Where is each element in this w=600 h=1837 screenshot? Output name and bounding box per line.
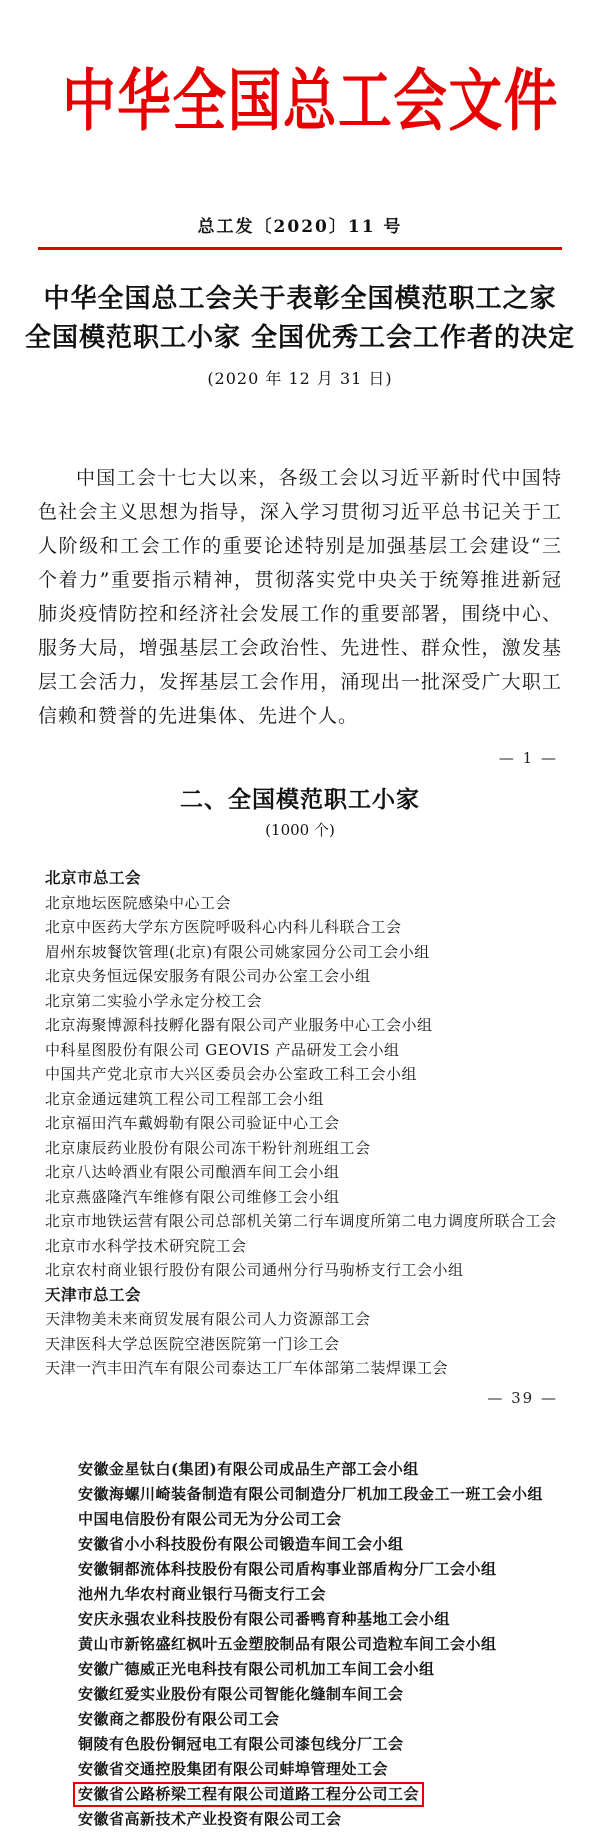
organization-name: 北京福田汽车戴姆勒有限公司验证中心工会 (45, 1114, 340, 1132)
section-heading: 二、全国模范职工小家 (0, 781, 600, 814)
decision-title: 中华全国总工会关于表彰全国模范职工之家 全国模范职工小家 全国优秀工会工作者的决… (0, 280, 600, 358)
letterhead: 中华全国总工会文件 (0, 0, 600, 162)
organization-name: 北京第二实验小学永定分校工会 (45, 992, 262, 1010)
organization-row: 安徽省高新技术产业投资有限公司工会 (78, 1807, 590, 1832)
organization-row: 安徽铜都流体科技股份有限公司盾构事业部盾构分厂工会小组 (78, 1557, 590, 1582)
organization-name: 中科星图股份有限公司 GEOVIS 产品研发工会小组 (45, 1041, 400, 1059)
organization-name: 眉州东坡餐饮管理(北京)有限公司姚家园分公司工会小组 (45, 943, 430, 961)
organization-name: 北京农村商业银行股份有限公司通州分行马驹桥支行工会小组 (45, 1261, 464, 1279)
organization-name: 安徽金星钛白(集团)有限公司成品生产部工会小组 (78, 1460, 419, 1478)
organization-row: 安徽省小小科技股份有限公司锻造车间工会小组 (78, 1532, 590, 1557)
organization-row: 天津医科大学总医院空港医院第一门诊工会 (45, 1332, 590, 1357)
organization-name: 安徽红爱实业股份有限公司智能化缝制车间工会 (78, 1685, 404, 1703)
roster-page-40: 安徽金星钛白(集团)有限公司成品生产部工会小组 安徽海螺川崎装备制造有限公司制造… (0, 1457, 600, 1832)
organization-name: 安徽铜都流体科技股份有限公司盾构事业部盾构分厂工会小组 (78, 1560, 497, 1578)
organization-name: 北京康辰药业股份有限公司冻干粉针剂班组工会 (45, 1139, 371, 1157)
organization-row: 北京八达岭酒业有限公司酿酒车间工会小组 (45, 1160, 590, 1185)
organization-name: 安徽广德威正光电科技有限公司机加工车间工会小组 (78, 1660, 435, 1678)
organization-name: 天津物美未来商贸发展有限公司人力资源部工会 (45, 1310, 371, 1328)
organization-name: 安徽省公路桥梁工程有限公司道路工程分公司工会 (73, 1782, 424, 1807)
organization-row: 中科星图股份有限公司 GEOVIS 产品研发工会小组 (45, 1038, 590, 1063)
organization-name: 中国电信股份有限公司无为分公司工会 (78, 1510, 342, 1528)
organization-name: 铜陵有色股份铜冠电工有限公司漆包线分厂工会 (78, 1735, 404, 1753)
organization-row: 北京燕盛隆汽车维修有限公司维修工会小组 (45, 1185, 590, 1210)
organization-row: 北京市地铁运营有限公司总部机关第二行车调度所第二电力调度所联合工会 (45, 1209, 590, 1234)
organization-name: 安徽省高新技术产业投资有限公司工会 (78, 1810, 342, 1828)
organization-name: 天津医科大学总医院空港医院第一门诊工会 (45, 1335, 340, 1353)
organization-name: 天津一汽丰田汽车有限公司泰达工厂车体部第二装焊课工会 (45, 1359, 448, 1377)
organization-name: 北京央务恒远保安服务有限公司办公室工会小组 (45, 967, 371, 985)
organization-row: 北京央务恒远保安服务有限公司办公室工会小组 (45, 964, 590, 989)
red-divider-line (38, 247, 562, 250)
decision-date: (2020 年 12 月 31 日) (0, 366, 600, 389)
organization-name: 北京市水科学技术研究院工会 (45, 1237, 247, 1255)
organization-name: 北京市总工会 (45, 869, 141, 887)
organization-row: 池州九华农村商业银行马衙支行工会 (78, 1582, 590, 1607)
organization-row: 黄山市新铭盛红枫叶五金塑胶制品有限公司造粒车间工会小组 (78, 1632, 590, 1657)
organization-row: 北京金通远建筑工程公司工程部工会小组 (45, 1087, 590, 1112)
organization-row: 安徽省交通控股集团有限公司蚌埠管理处工会 (78, 1757, 590, 1782)
organization-row: 安徽广德威正光电科技有限公司机加工车间工会小组 (78, 1657, 590, 1682)
decision-title-line1: 中华全国总工会关于表彰全国模范职工之家 (0, 280, 600, 319)
document-page: 中华全国总工会文件 总工发〔2020〕11 号 中华全国总工会关于表彰全国模范职… (0, 0, 600, 1837)
organization-row: 安徽商之都股份有限公司工会 (78, 1707, 590, 1732)
organization-name: 天津市总工会 (45, 1286, 141, 1304)
organization-row: 北京地坛医院感染中心工会 (45, 891, 590, 916)
organization-row: 铜陵有色股份铜冠电工有限公司漆包线分厂工会 (78, 1732, 590, 1757)
decision-title-line2: 全国模范职工小家 全国优秀工会工作者的决定 (0, 319, 600, 358)
organization-row: 中国共产党北京市大兴区委员会办公室政工科工会小组 (45, 1062, 590, 1087)
organization-row: 北京康辰药业股份有限公司冻干粉针剂班组工会 (45, 1136, 590, 1161)
document-number: 总工发〔2020〕11 号 (0, 212, 600, 237)
organization-name: 安徽省小小科技股份有限公司锻造车间工会小组 (78, 1535, 404, 1553)
roster-page-39: 北京市总工会 北京地坛医院感染中心工会 北京中医药大学东方医院呼吸科心内科儿科联… (0, 866, 600, 1381)
page-number-1: — 1 — (0, 749, 600, 767)
organization-row: 安徽省公路桥梁工程有限公司道路工程分公司工会 (78, 1782, 590, 1807)
organization-name: 北京地坛医院感染中心工会 (45, 894, 231, 912)
organization-name: 北京金通远建筑工程公司工程部工会小组 (45, 1090, 324, 1108)
organization-row: 安徽海螺川崎装备制造有限公司制造分厂机加工段金工一班工会小组 (78, 1482, 590, 1507)
organization-row: 北京中医药大学东方医院呼吸科心内科儿科联合工会 (45, 915, 590, 940)
organization-row: 安徽红爱实业股份有限公司智能化缝制车间工会 (78, 1682, 590, 1707)
organization-row: 天津物美未来商贸发展有限公司人力资源部工会 (45, 1307, 590, 1332)
page-number-39: — 39 — (0, 1389, 600, 1407)
organization-row: 安徽金星钛白(集团)有限公司成品生产部工会小组 (78, 1457, 590, 1482)
organization-name: 北京市地铁运营有限公司总部机关第二行车调度所第二电力调度所联合工会 (45, 1212, 557, 1230)
organization-row: 眉州东坡餐饮管理(北京)有限公司姚家园分公司工会小组 (45, 940, 590, 965)
organization-row: 北京第二实验小学永定分校工会 (45, 989, 590, 1014)
organization-row: 北京海聚博源科技孵化器有限公司产业服务中心工会小组 (45, 1013, 590, 1038)
organization-row: 北京农村商业银行股份有限公司通州分行马驹桥支行工会小组 (45, 1258, 590, 1283)
organization-name: 池州九华农村商业银行马衙支行工会 (78, 1585, 326, 1603)
organization-name: 北京八达岭酒业有限公司酿酒车间工会小组 (45, 1163, 340, 1181)
organization-name: 北京海聚博源科技孵化器有限公司产业服务中心工会小组 (45, 1016, 433, 1034)
organization-name: 安徽商之都股份有限公司工会 (78, 1710, 280, 1728)
group-header-row: 北京市总工会 (45, 866, 590, 891)
organization-name: 安徽省交通控股集团有限公司蚌埠管理处工会 (78, 1760, 388, 1778)
organization-name: 中国共产党北京市大兴区委员会办公室政工科工会小组 (45, 1065, 417, 1083)
organization-row: 北京福田汽车戴姆勒有限公司验证中心工会 (45, 1111, 590, 1136)
organization-name: 安庆永强农业科技股份有限公司番鸭育种基地工会小组 (78, 1610, 450, 1628)
section-count: (1000 个) (0, 819, 600, 840)
organization-name: 北京燕盛隆汽车维修有限公司维修工会小组 (45, 1188, 340, 1206)
organization-name: 安徽海螺川崎装备制造有限公司制造分厂机加工段金工一班工会小组 (78, 1485, 543, 1503)
organization-name: 黄山市新铭盛红枫叶五金塑胶制品有限公司造粒车间工会小组 (78, 1635, 497, 1653)
body-paragraph: 中国工会十七大以来，各级工会以习近平新时代中国特色社会主义思想为指导，深入学习贯… (38, 461, 562, 733)
organization-row: 天津一汽丰田汽车有限公司泰达工厂车体部第二装焊课工会 (45, 1356, 590, 1381)
group-header-row: 天津市总工会 (45, 1283, 590, 1308)
letterhead-title: 中华全国总工会文件 (62, 58, 559, 144)
organization-row: 安庆永强农业科技股份有限公司番鸭育种基地工会小组 (78, 1607, 590, 1632)
organization-row: 北京市水科学技术研究院工会 (45, 1234, 590, 1259)
organization-name: 北京中医药大学东方医院呼吸科心内科儿科联合工会 (45, 918, 402, 936)
organization-row: 中国电信股份有限公司无为分公司工会 (78, 1507, 590, 1532)
